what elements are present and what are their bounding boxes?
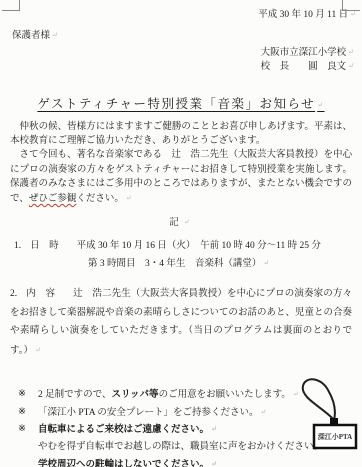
notice-title: ゲストティチャー特別授業「音楽」お知らせ	[0, 94, 362, 112]
item-datetime-line2: 第 3 時間目 3・4 年生 音楽科（講堂）	[14, 257, 362, 272]
nametag-drawing: 深江小PTA	[288, 372, 362, 456]
margin-crop-mark-right	[342, 0, 360, 11]
note-indent	[18, 439, 34, 456]
margin-crop-mark-left	[2, 0, 20, 11]
greeting-paragraph-1: 仲秋の候、皆様方にはますますご健勝のこととお喜び申しあげます。平素は、本校教育に…	[10, 120, 352, 148]
note-slippers-pre: 2 足制ですので、	[38, 390, 111, 400]
recipient: 保護者様	[0, 27, 362, 41]
note-marker: ※	[18, 386, 34, 404]
item-datetime: 1.日 時平成 30 年 10 月 16 日（火） 午前 10 時 40 分～1…	[0, 240, 362, 271]
item-datetime-label: 日 時	[30, 241, 59, 251]
item-content-label: 内 容	[26, 289, 55, 299]
note-marker: ※	[18, 421, 34, 439]
item-datetime-line1: 1.日 時平成 30 年 10 月 16 日（火） 午前 10 時 40 分～1…	[14, 240, 362, 254]
note-bicycle-sub2-text: 学校周辺への駐輪はしないでください。	[38, 456, 352, 467]
letter-page: { "doc": { "date": "平成 30 年 10 月 11 日", …	[0, 0, 362, 467]
nametag-illustration: 深江小PTA	[288, 372, 362, 456]
greeting-paragraph-2: さて今回も、著名な音楽家である 辻 浩二先生（大阪芸大客員教授）を中心にプロの演…	[10, 148, 352, 206]
note-indent	[18, 456, 34, 467]
item-datetime-number: 1.	[14, 241, 21, 251]
sender-block: 大阪市立深江小学校 校 長 圓 良文	[0, 46, 362, 74]
letter-date: 平成 30 年 10 月 11 日	[0, 6, 362, 20]
school-name: 大阪市立深江小学校	[0, 46, 354, 60]
greeting-body: 仲秋の候、皆様方にはますますご健勝のこととお喜び申しあげます。平素は、本校教育に…	[10, 120, 352, 206]
item-datetime-value: 平成 30 年 10 月 16 日（火） 午前 10 時 40 分～11 時 2…	[77, 241, 321, 251]
principal-name: 校 長 圓 良文	[0, 60, 354, 74]
spellcheck-underlined-text: ぜひご参観	[29, 194, 77, 204]
lanyard-cord	[303, 379, 335, 420]
greeting-paragraph-2-end: ください。	[76, 194, 131, 204]
note-slippers-post: のご用意をお願いいたします。	[159, 390, 291, 400]
note-bicycle-sub2: 学校周辺への駐輪はしないでください。	[18, 456, 352, 467]
item-content-paragraph: 2.内 容辻 浩二先生（大阪芸大客員教授）を中心にプロの演奏家の方々をお招きして…	[10, 285, 352, 360]
note-marker: ※	[18, 404, 34, 422]
item-content: 2.内 容辻 浩二先生（大阪芸大客員教授）を中心にプロの演奏家の方々をお招きして…	[10, 285, 352, 360]
item-content-text: 辻 浩二先生（大阪芸大客員教授）を中心にプロの演奏家の方々をお招きして楽器解説や…	[10, 289, 352, 356]
item-content-number: 2.	[10, 289, 17, 299]
ki-heading: 記	[0, 214, 362, 228]
safety-plate-label: 深江小PTA	[318, 432, 352, 441]
note-slippers-bold: スリッパ等	[111, 390, 158, 400]
